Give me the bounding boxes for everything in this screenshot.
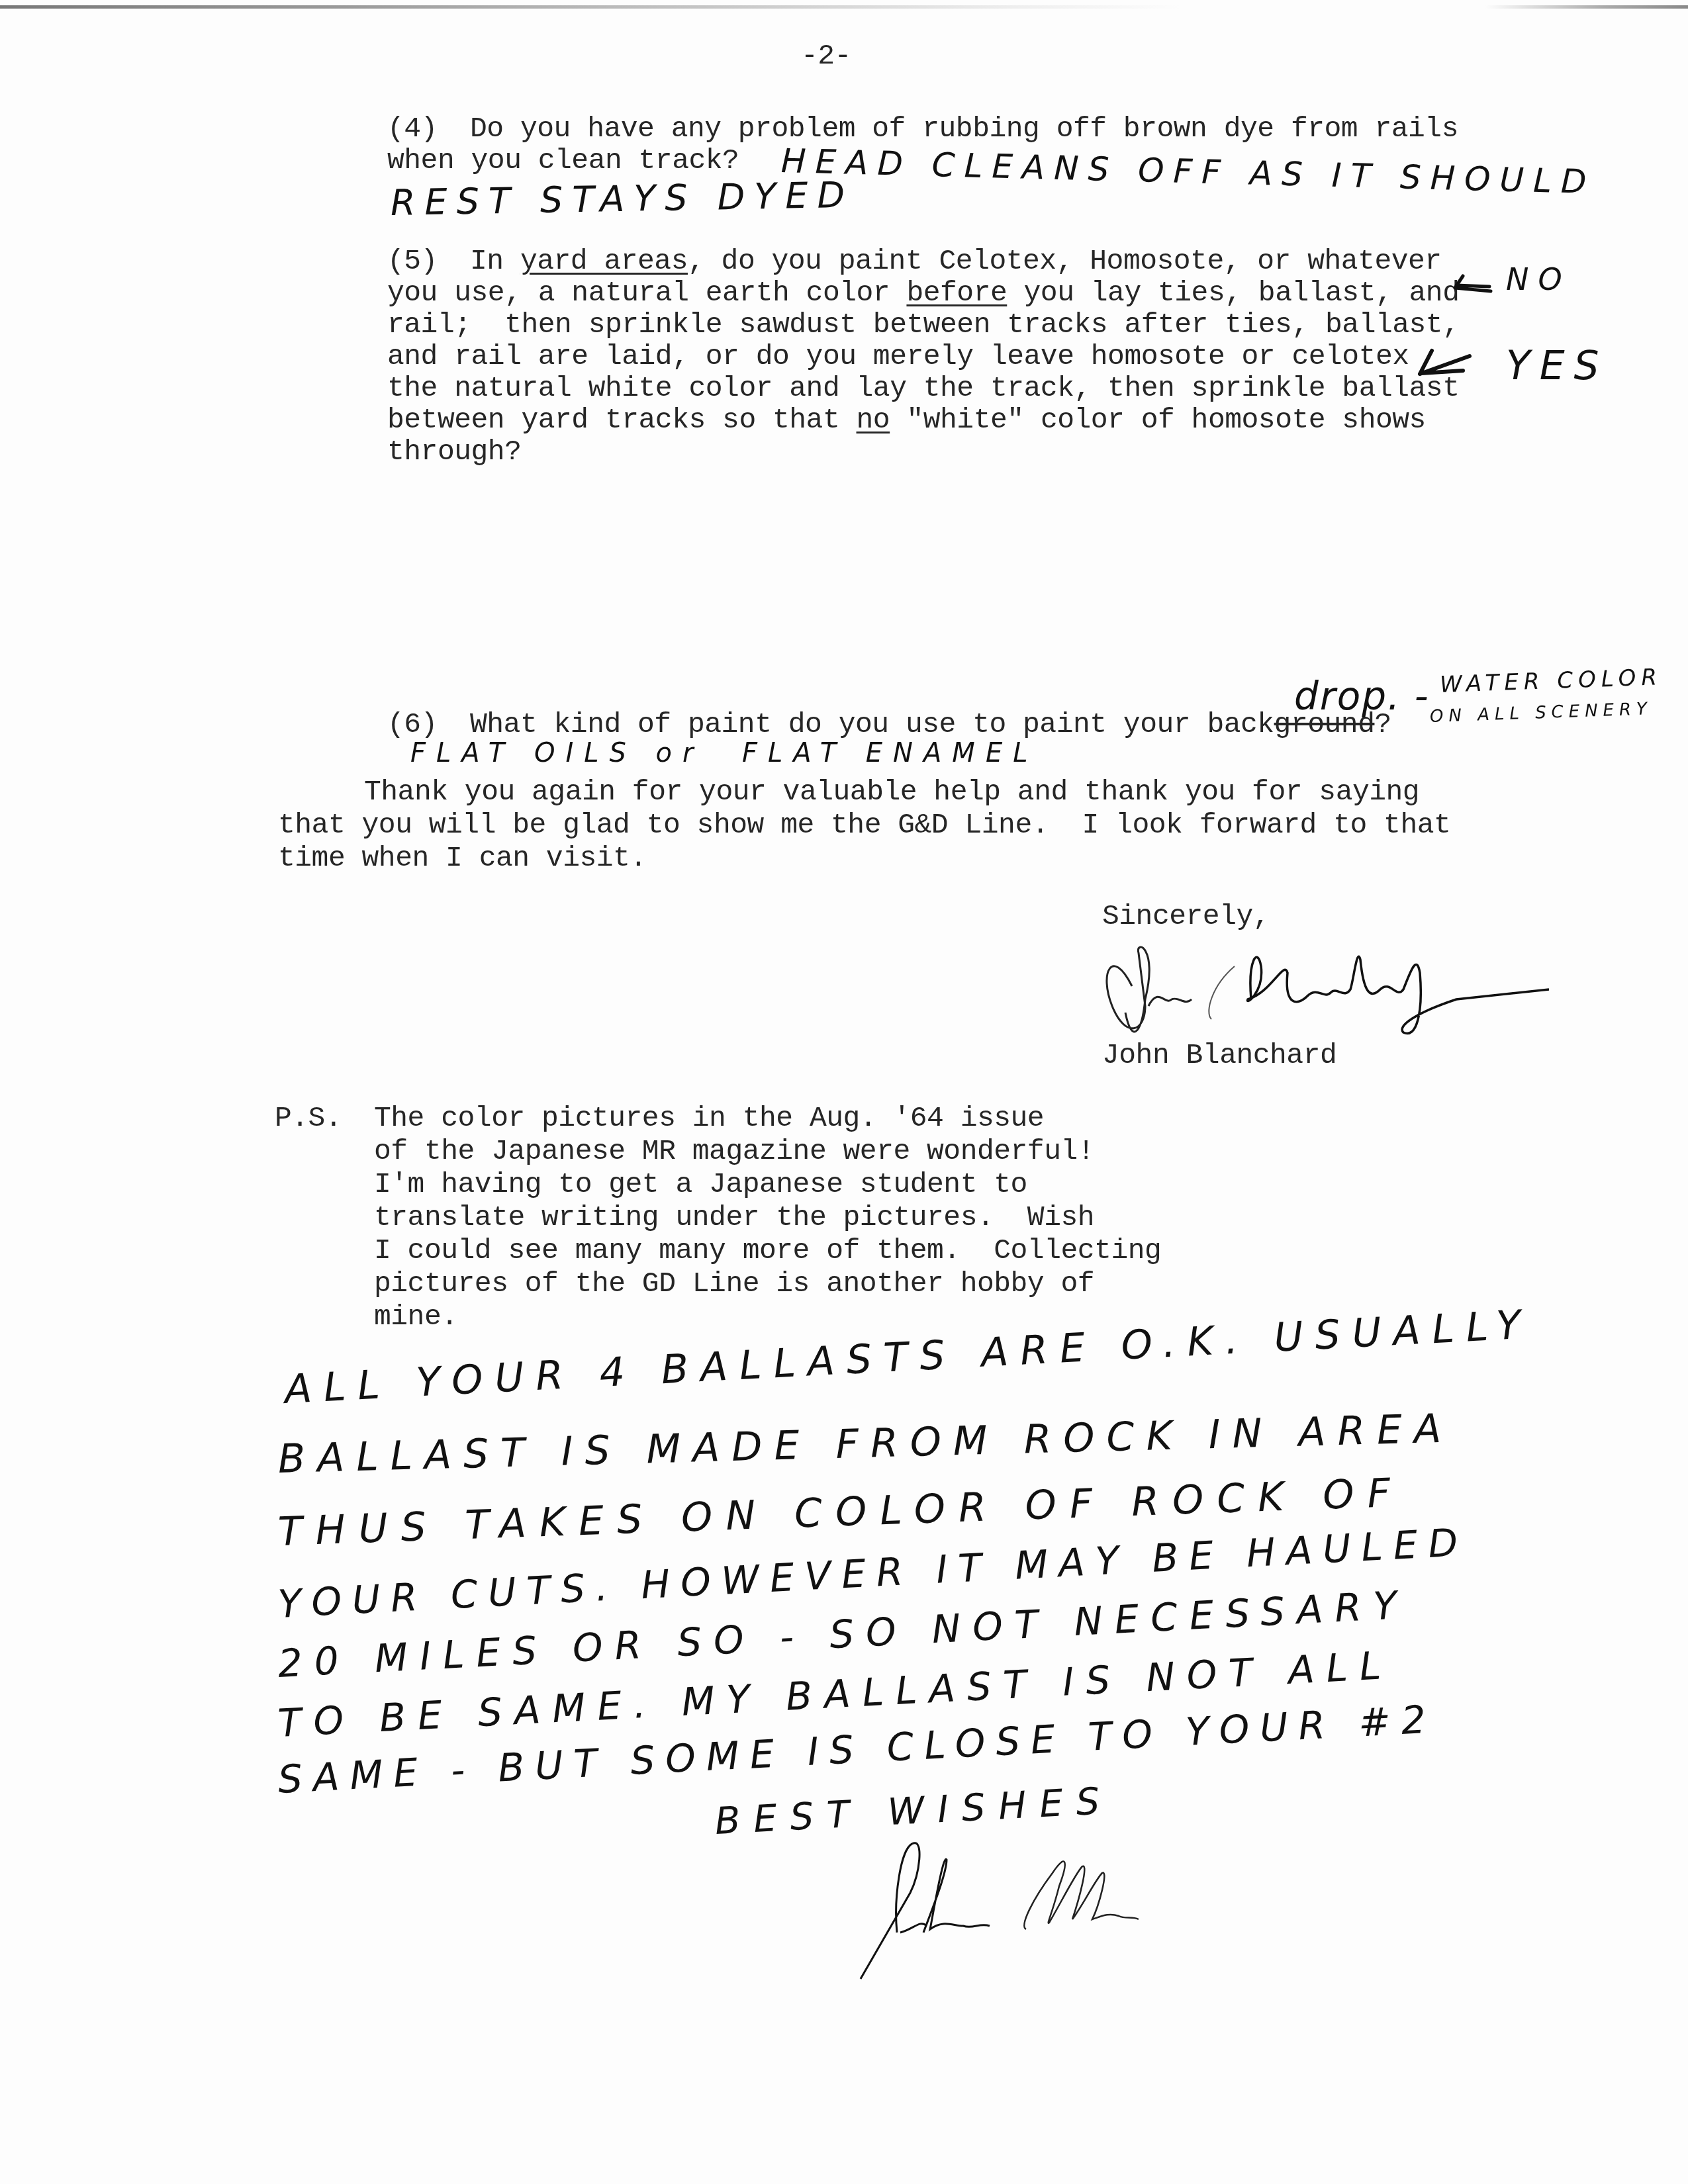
letter-page: -2- (4) Do you have any problem of rubbi… — [0, 0, 1688, 2184]
q6-annotation-line2: ON ALL SCENERY — [1429, 699, 1652, 727]
typed-name: John Blanchard — [1102, 1039, 1336, 1072]
ps-label: P.S. — [275, 1102, 342, 1135]
arrow-left-icon — [1450, 268, 1496, 301]
salutation: Sincerely, — [1102, 900, 1270, 933]
q4-number: (4) — [387, 113, 438, 146]
arrow-left-icon — [1413, 344, 1473, 384]
ps-line: of the Japanese MR magazine were wonderf… — [374, 1135, 1094, 1168]
closing-line2: that you will be glad to show me the G&D… — [278, 809, 1450, 842]
q5-line6: between yard tracks so that no "white" c… — [387, 404, 1426, 437]
closing-line1: Thank you again for your valuable help a… — [364, 776, 1419, 809]
ps-line: mine. — [374, 1300, 458, 1334]
q6-number: (6) — [387, 708, 438, 741]
q5-underlined-yard-areas: yard areas — [520, 245, 688, 277]
q5-number: (5) — [387, 245, 438, 278]
scan-top-edge — [0, 5, 1688, 9]
q5-line7: through? — [387, 435, 521, 469]
q5-annotation-no: NO — [1506, 261, 1571, 297]
q5-line2: you use, a natural earth color before yo… — [387, 277, 1459, 310]
q5-line1-post: , do you paint Celotex, Homosote, or wha… — [688, 245, 1442, 277]
q4-line1: Do you have any problem of rubbing off b… — [470, 113, 1458, 146]
q5-line3: rail; then sprinkle sawdust between trac… — [387, 308, 1459, 341]
q5-line2-pre: you use, a natural earth color — [387, 277, 906, 309]
q5-line1-pre: In — [470, 245, 520, 277]
ps-line: translate writing under the pictures. Wi… — [374, 1201, 1094, 1234]
q6-line1-pre: What kind of paint do you use to paint y… — [470, 708, 1274, 741]
ps-line: The color pictures in the Aug. '64 issue — [374, 1102, 1044, 1135]
reply-line: ALL YOUR 4 BALLASTS ARE O.K. USUALLY — [283, 1301, 1534, 1413]
q5-underlined-no: no — [857, 404, 890, 436]
q6-handwritten-answer: FLAT OILS or FLAT ENAMEL — [410, 738, 1038, 768]
q5-line6-pre: between yard tracks so that — [387, 404, 857, 436]
q5-line6-post: "white" color of homosote shows — [890, 404, 1426, 436]
q6-line1: What kind of paint do you use to paint y… — [470, 708, 1391, 741]
q6-insertion-drop: drop. - — [1294, 674, 1430, 719]
page-number: -2- — [801, 40, 851, 73]
q5-annotation-yes: YES — [1506, 343, 1609, 389]
signature-john-allen — [847, 1833, 1145, 1985]
ps-line: I could see many many more of them. Coll… — [374, 1234, 1161, 1267]
reply-line: BALLAST IS MADE FROM ROCK IN AREA — [277, 1406, 1454, 1482]
q6-annotation-line1: WATER COLOR — [1439, 664, 1662, 698]
ps-line: pictures of the GD Line is another hobby… — [374, 1267, 1094, 1300]
q4-handwritten-answer-2: REST STAYS DYED — [390, 174, 854, 224]
q5-line1: In yard areas, do you paint Celotex, Hom… — [470, 245, 1442, 278]
q4-line2: when you clean track? — [387, 144, 739, 177]
q4-handwritten-answer-1: HEAD CLEANS OFF AS IT SHOULD — [780, 142, 1596, 201]
closing-line3: time when I can visit. — [278, 842, 647, 875]
q5-line2-post: you lay ties, ballast, and — [1007, 277, 1459, 309]
q5-underlined-before: before — [906, 277, 1007, 309]
q5-line5: the natural white color and lay the trac… — [387, 372, 1459, 405]
q5-line4: and rail are laid, or do you merely leav… — [387, 340, 1409, 373]
ps-line: I'm having to get a Japanese student to — [374, 1168, 1027, 1201]
